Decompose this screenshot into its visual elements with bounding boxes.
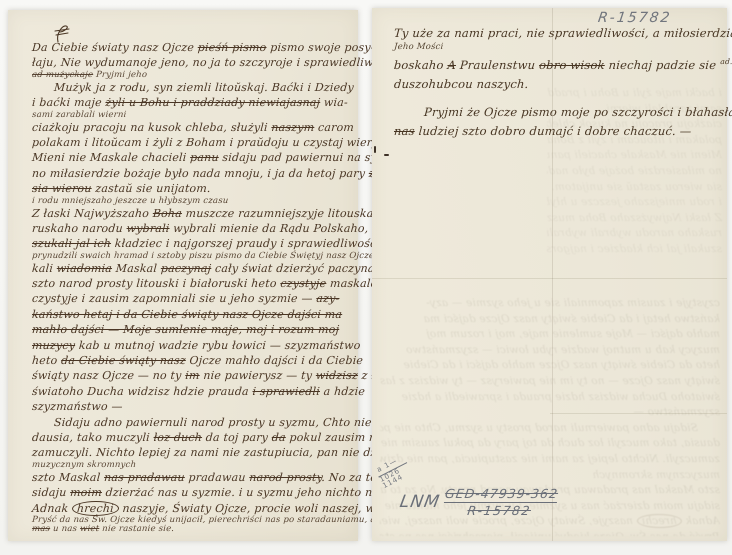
manuscript-line: Pryść da nas Św. Ojcze kiedyś unijacił, …: [380, 530, 720, 536]
handwritten-text: a hdzie: [320, 385, 366, 398]
manuscript-line: Mużyk ja z rodu, syn ziemli litoŭskaj. B…: [31, 80, 347, 95]
handwritten-text: kab u mutnoj wadzie rybu łowici — szyzma…: [75, 339, 361, 352]
manuscript-line: sidaju moim dzierżać nas u syzmie. i u s…: [31, 485, 347, 500]
manuscript-line: no miłasierdzie bożaje było nada mnoju, …: [31, 166, 347, 181]
handwritten-text: Pryść da nas Św. Ojcze kiedyś unijacił, …: [380, 531, 720, 536]
manuscript-line: Jeho Mości: [394, 43, 715, 52]
manuscript-line: muzycy kab u mutnoj wadzie rybu łowici —…: [31, 338, 347, 353]
struck-text: wiet: [80, 524, 100, 534]
manuscript-line: światoho Ducha widzisz hdzie prauda i sp…: [380, 390, 720, 406]
struck-text: obro wisok: [539, 58, 606, 72]
handwritten-text: pismo swoje posy-: [266, 41, 375, 54]
manuscript-line: ruskaho narodu wybrali wybrali mienie da…: [547, 226, 722, 242]
manuscript-line: i baćki maje żyli u Bohu i praddziady ni…: [547, 86, 722, 102]
struck-text: szukali jal ich: [32, 237, 112, 250]
handwritten-text: Mieni nie Maskale chacieli: [570, 149, 722, 161]
handwritten-text: szyzmaństwo —: [633, 406, 720, 418]
manuscript-line: sami zarablali wierni: [32, 111, 348, 120]
manuscript-line: łaju, Nie wydumanoje jeno, no ja to szcz…: [31, 55, 347, 70]
manuscript-line: szto Maskal nas pradawau pradawau narod …: [31, 470, 347, 485]
struck-text: pieśń pismo: [197, 41, 267, 54]
handwritten-text: pradawau: [184, 471, 249, 484]
handwritten-text: świąty nasz Ojcze — no ty: [32, 369, 186, 382]
handwritten-text: szto narod prosty litouski i białoruski …: [32, 277, 281, 290]
handwritten-text: da toj pary: [490, 437, 558, 449]
manuscript-line: Sidaju adno pawiernuli narod prosty u sy…: [31, 415, 347, 430]
handwritten-text: carom: [314, 121, 355, 134]
manuscript-line: szyzmaństwo —: [31, 399, 347, 414]
struck-text: mas: [32, 524, 51, 534]
handwritten-text: zamuczyli. Nichto lepiej za nami nie zas…: [32, 446, 404, 459]
manuscript-line: mahło dajści — Moje sumlenie maje, moj i…: [31, 322, 347, 337]
manuscript-scan: Da Ciebie światy nasz Ojcze pieśń pismo …: [0, 0, 732, 555]
struck-text: nas pradawau: [104, 471, 186, 484]
bleed-through-text: i baćki maje żyli u Bohu i praddziady ni…: [547, 86, 722, 276]
handwritten-text: wia-: [320, 96, 349, 109]
manuscript-line: sia wierou zastaŭ sie unijatom.: [547, 180, 722, 196]
manuscript-line: i rodu mniejszaho jeszcze u hłybszym cza…: [32, 197, 348, 206]
handwritten-text: zamuczyli. Nichto lepiej za nami nie zas…: [380, 453, 720, 465]
struck-text: kaństwo hetaj i da Ciebie świąty nasz Oj…: [32, 308, 343, 321]
struck-text: moim: [653, 500, 684, 512]
struck-text: widzisz: [408, 375, 449, 387]
struck-text: szukali jal ich: [646, 243, 722, 255]
handwritten-text: Ojcze mahło dajści i da Ciebie: [403, 359, 573, 371]
handwritten-text: da toj pary: [202, 431, 273, 444]
struck-text: ad mużyckaje: [32, 70, 94, 80]
handwritten-text: łaju, Nie wydumanoje jeno, no ja to szcz…: [32, 56, 394, 69]
handwritten-text: boskaho: [393, 58, 448, 72]
handwritten-text: Pryjmi jeho: [93, 70, 148, 80]
manuscript-line: heto da Ciebie świąty nasz Ojcze mahło d…: [380, 358, 720, 374]
manuscript-line: Mieni nie Maskale chacieli panu sidaju p…: [547, 148, 722, 164]
ink-speck: [384, 154, 389, 156]
handwritten-text: a hdzie: [401, 391, 445, 403]
struck-text: panu: [190, 151, 219, 164]
handwritten-text: polakam i litoŭcam i żyli z Boham i praŭ…: [547, 134, 722, 146]
right-page: R-15782 Ty uże za nami praci, nie sprawi…: [372, 8, 727, 541]
struck-text: paczynaj: [160, 262, 211, 275]
manuscript-line: mahło dajści — Moje sumlenie maje, moj i…: [380, 327, 720, 343]
handwritten-text: sidaju: [683, 500, 720, 512]
handwritten-text: zastaŭ sie unijatom.: [551, 181, 666, 193]
handwritten-text: kab u mutnoj wadzie rybu łowici — szyzma…: [405, 344, 679, 356]
manuscript-line: ciażkoju pracoju na kusok chleba, służyl…: [31, 120, 347, 135]
manuscript-line: Z łaski Najwyższaho Boha muszcze razumni…: [31, 206, 347, 221]
old-inventory-number: GED-47939-362: [444, 486, 559, 503]
struck-text: sia wierou: [32, 182, 93, 195]
manuscript-line: muzycznym skromnych: [380, 468, 720, 484]
struck-text: kaństwo hetaj i da Ciebie świąty nasz Oj…: [423, 313, 720, 325]
handwritten-text: niechaj padzie sie: [604, 58, 720, 72]
handwritten-text: Jeho Mości: [394, 42, 444, 52]
manuscript-line: polakam i litoŭcam i żyli z Boham i praŭ…: [547, 133, 722, 149]
manuscript-line: czystyje i zausim zapomniali sie u jeho …: [380, 296, 720, 312]
manuscript-line: szyzmaństwo —: [380, 405, 720, 421]
struck-text: mahło dajści — Moje sumlenie maje, moj i…: [32, 323, 340, 336]
handwritten-text: i rodu mniejszaho jeszcze u hłybszym cza…: [547, 196, 722, 208]
struck-text: łoz duch: [557, 437, 604, 449]
manuscript-line: świąty nasz Ojcze — no ty im nie pawiery…: [380, 374, 720, 390]
manuscript-line: sia wierou zastaŭ sie unijatom.: [31, 181, 347, 196]
handwritten-text: hrechi: [71, 501, 119, 516]
struck-text: im: [559, 375, 574, 387]
struck-text: da: [271, 431, 286, 444]
handwritten-text: maskale: [326, 277, 378, 290]
handwritten-text: duszohubcou naszych.: [394, 77, 529, 91]
struck-text: i sprawiedli: [252, 385, 320, 398]
struck-text: Boha: [578, 212, 607, 224]
handwritten-text: światoho Ducha widzisz hdzie prauda: [32, 385, 253, 398]
handwritten-text: Adnak: [32, 502, 73, 515]
struck-text: da Ciebie świąty nasz: [572, 359, 692, 371]
struck-text: i sprawiedli: [444, 391, 509, 403]
manuscript-line: czystyje i zausim zapomniali sie u jeho …: [31, 291, 347, 306]
struck-text: nas pradawau: [573, 484, 651, 496]
handwritten-text: nie rastanie sie.: [99, 524, 175, 534]
struck-text: muzycy: [678, 344, 720, 356]
manuscript-line: i rodu mniejszaho jeszcze u hłybszym cza…: [547, 195, 722, 211]
left-page-text: Da Ciebie światy nasz Ojcze pieśń pismo …: [32, 40, 347, 534]
struck-text: da: [477, 437, 491, 449]
manuscript-line: Mieni nie Maskale chacieli panu sidaju p…: [31, 150, 347, 165]
handwritten-text: ciażkoju pracoju na kusok chleba, służyl…: [32, 121, 272, 134]
handwritten-text: muszcze razumniejszyje litouskaho i Biał…: [547, 212, 579, 224]
handwritten-text: szto Maskal: [32, 471, 105, 484]
struck-text: widzisz: [315, 369, 358, 382]
manuscript-line: kali wiadomia Maskal paczynaj cały świat…: [31, 261, 347, 276]
struck-text: żyli u Bohu i praddziady niewiajasnaj: [105, 96, 321, 109]
manuscript-line: sami zarablali wierni: [547, 102, 722, 118]
manuscript-line: ad mużyckaje Pryjmi jeho: [32, 71, 348, 80]
ink-speck: [374, 146, 376, 153]
handwritten-text: sami zarablali wierni: [32, 110, 127, 120]
manuscript-line: dausia, tako muczyli łoz duch da toj par…: [31, 430, 347, 445]
handwritten-text: ciażkoju pracoju na kusok chleba, służyl…: [547, 118, 722, 130]
struck-text: łoz duch: [153, 431, 202, 444]
handwritten-text: Maskal: [112, 262, 162, 275]
manuscript-line: Da Ciebie światy nasz Ojcze pieśń pismo …: [31, 40, 347, 55]
handwritten-text: Sidaju adno pawiernuli narod prosty u sy…: [54, 416, 401, 429]
struck-text: panu: [547, 149, 571, 161]
handwritten-text: muzycznym skromnych: [592, 469, 720, 481]
handwritten-text: Mieni nie Maskale chacieli: [32, 151, 191, 164]
struck-text: azy-: [426, 297, 449, 309]
manuscript-line: zamuczyli. Nichto lepiej za nami nie zas…: [31, 445, 347, 460]
handwritten-text: Mużyk ja z rodu, syn ziemli litoŭskaj. B…: [54, 81, 355, 94]
handwritten-text: nie pawierysz — ty: [448, 375, 560, 387]
handwritten-text: kali: [32, 262, 58, 275]
handwritten-text: dausia, tako muczyli: [32, 431, 155, 444]
handwritten-text: zastaŭ sie unijatom.: [91, 182, 211, 195]
manuscript-line: światoho Ducha widzisz hdzie prauda i sp…: [31, 384, 347, 399]
struck-text: wiadomia: [56, 262, 112, 275]
institution-label: LNM: [398, 492, 441, 512]
handwritten-text: czystyje i zausim zapomniali sie u jeho …: [32, 292, 317, 305]
handwritten-text: szto Maskal: [651, 484, 720, 496]
handwritten-text: Z łaski Najwyższaho: [32, 207, 154, 220]
handwritten-text: świąty nasz Ojcze — no ty: [573, 375, 720, 387]
struck-text: czystyje: [280, 277, 327, 290]
struck-text: moim: [70, 486, 103, 499]
manuscript-line: muzycy kab u mutnoj wadzie rybu łowici —…: [380, 343, 720, 359]
fold-crease-horizontal: [372, 278, 727, 279]
handwritten-text: kładziec i najgorszej praudy i sprawiedl…: [547, 243, 647, 255]
manuscript-line: zamuczyli. Nichto lepiej za nami nie zas…: [380, 452, 720, 468]
handwritten-text: muzycznym skromnych: [32, 460, 137, 470]
manuscript-line: ruskaho narodu wybrali wybrali mienie da…: [31, 221, 347, 236]
handwritten-text: Adnak: [681, 515, 720, 527]
left-page: Da Ciebie światy nasz Ojcze pieśń pismo …: [8, 10, 358, 541]
struck-text: naszym: [271, 121, 315, 134]
handwritten-text: Ojcze mahło dajści i da Ciebie: [185, 354, 363, 367]
manuscript-line: Sidaju adno pawiernuli narod prosty u sy…: [380, 421, 720, 437]
manuscript-line: Adnak hrechi naszyje, Światy Ojcze, proc…: [31, 501, 347, 516]
handwritten-text: cały świat dzierżyć paczynaj,: [211, 262, 383, 275]
handwritten-text: ruskaho narodu: [32, 222, 127, 235]
manuscript-line: mas u nas wiet nie rastanie sie.: [32, 525, 348, 534]
struck-text: muzycy: [32, 339, 76, 352]
manuscript-line: no miłasierdzie bożaje było nada mnoju, …: [547, 164, 722, 180]
handwritten-text: hrechi: [636, 514, 682, 528]
handwritten-text: światoho Ducha widzisz hdzie prauda: [509, 391, 720, 403]
struck-text: wybrali: [590, 227, 632, 239]
new-inventory-number: R-15782: [442, 503, 557, 518]
manuscript-line: polakam i litoŭcam i żyli z Boham i praŭ…: [31, 135, 347, 150]
handwritten-text: sami zarablali wierni: [606, 103, 722, 115]
struck-text: azy-: [316, 292, 340, 305]
manuscript-line: dausia, tako muczyli łoz duch da toj par…: [380, 436, 720, 452]
handwritten-text: no miłasierdzie bożaje było nada mnoju, …: [547, 165, 722, 177]
handwritten-text: Praulenstwu: [456, 58, 540, 72]
handwritten-text: Sidaju adno pawiernuli narod prosty u sy…: [380, 422, 698, 434]
lnm-stamp: LNM GED-47939-362 R-15782: [400, 486, 557, 518]
struck-text: Boha: [152, 207, 182, 220]
struck-text: wybrali: [126, 222, 170, 235]
manuscript-line: szukali jal ich kładziec i najgorszej pr…: [31, 236, 347, 251]
manuscript-line: kaństwo hetaj i da Ciebie świąty nasz Oj…: [380, 312, 720, 328]
handwritten-text: czystyje i zausim zapomniali sie u jeho …: [448, 297, 720, 309]
handwritten-text: nie pawierysz — ty: [199, 369, 316, 382]
struck-text: narod prosty: [249, 471, 322, 484]
handwritten-text: szyzmaństwo —: [32, 400, 124, 413]
handwritten-text: heto: [692, 359, 720, 371]
handwritten-text: Z łaski Najwyższaho: [606, 212, 722, 224]
manuscript-line: świąty nasz Ojcze — no ty im nie pawiery…: [31, 368, 347, 383]
handwritten-text: i baćki maje: [32, 96, 106, 109]
manuscript-line: kaństwo hetaj i da Ciebie świąty nasz Oj…: [31, 307, 347, 322]
handwritten-text: no miłasierdzie bożaje było nada mnoju, …: [32, 167, 370, 180]
manuscript-line: Ty uże za nami praci, nie sprawiedliwośc…: [393, 24, 714, 43]
struck-text: im: [185, 369, 200, 382]
handwritten-text: sidaju: [32, 486, 71, 499]
handwritten-text: polakam i litoŭcam i żyli z Boham i praŭ…: [32, 136, 380, 149]
handwritten-text: naszyje, Światy Ojcze, procie woli nasze…: [118, 502, 414, 515]
struck-text: nas: [394, 124, 416, 138]
handwritten-text: u nas: [50, 524, 81, 534]
manuscript-line: szukali jal ich kładziec i najgorszej pr…: [547, 242, 722, 258]
struck-text: mahło dajści — Moje sumlenie maje, moj i…: [426, 328, 720, 340]
struck-text: żyli u Bohu i praddziady niewiajasnaj: [547, 87, 652, 99]
manuscript-line: szto narod prosty litouski i białoruski …: [31, 276, 347, 291]
manuscript-line: ciażkoju pracoju na kusok chleba, służyl…: [547, 117, 722, 133]
handwritten-text: pokul zausim nie: [380, 437, 477, 449]
handwritten-text: Da Ciebie światy nasz Ojcze: [32, 41, 199, 54]
manuscript-line: Z łaski Najwyższaho Boha muszcze razumni…: [547, 211, 722, 227]
handwritten-text: wybrali mienie da Rądu Polskaho, — kab d…: [547, 227, 591, 239]
handwritten-text: i baćki maje: [651, 87, 722, 99]
struck-text: da Ciebie świąty nasz: [61, 354, 187, 367]
handwritten-text: z łaski: [380, 375, 409, 387]
handwritten-text: heto: [32, 354, 62, 367]
handwritten-text: ad.: [720, 57, 732, 66]
handwritten-text: prynudzili swaich hramad i sztoby piszu …: [32, 251, 375, 261]
handwritten-text: i rodu mniejszaho jeszcze u hłybszym cza…: [32, 196, 229, 206]
manuscript-line: heto da Ciebie świąty nasz Ojcze mahło d…: [31, 353, 347, 368]
handwritten-text: ruskaho narodu: [631, 227, 722, 239]
handwritten-text: dausia, tako muczyli: [603, 437, 720, 449]
struck-text: sia wierou: [665, 181, 722, 193]
manuscript-line: boskaho A Praulenstwu obro wisok niechaj…: [393, 52, 715, 75]
handwritten-text: Ty uże za nami praci, nie sprawiedliwośc…: [394, 26, 732, 40]
manuscript-line: muzycznym skromnych: [32, 461, 348, 470]
manuscript-line: prynudzili swaich hramad i sztoby piszu …: [32, 252, 348, 261]
manuscript-line: i baćki maje żyli u Bohu i praddziady ni…: [31, 95, 347, 110]
